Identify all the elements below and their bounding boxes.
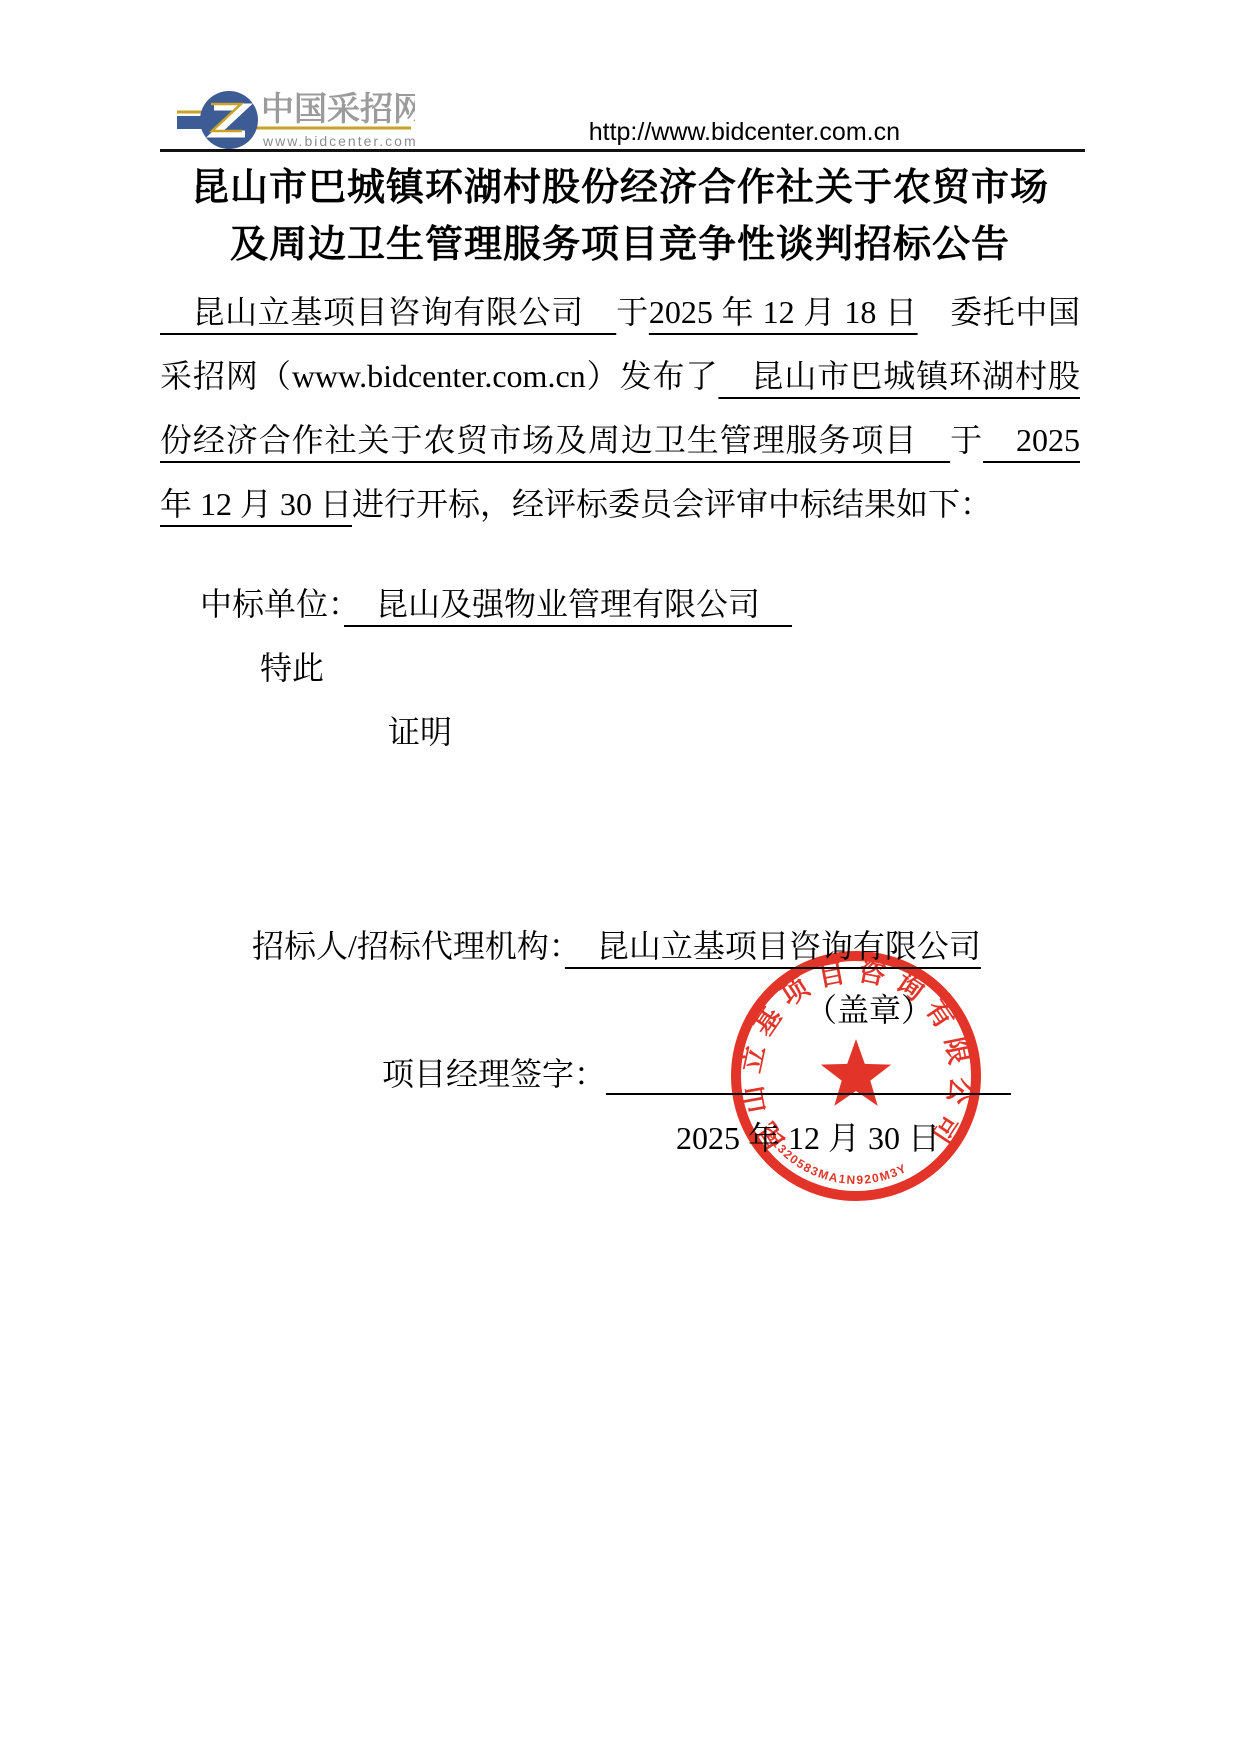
page-header: 中国采招网 www.bidcenter.com.cn http://www.bi… <box>160 70 1085 152</box>
signature-block: 招标人/招标代理机构： 昆山立基项目咨询有限公司 （盖章） 项目经理签字： 20… <box>160 914 1080 1170</box>
document-title-line2: 及周边卫生管理服务项目竞争性谈判招标公告 <box>160 217 1080 274</box>
manager-signature-blank-line <box>606 1093 1011 1095</box>
winner-value-underlined: 昆山及强物业管理有限公司 <box>344 586 792 622</box>
p1-text-tail: 进行开标，经评标委员会评审中标结果如下： <box>352 486 992 522</box>
signature-agency-label: 招标人/招标代理机构： <box>252 928 565 964</box>
document-title-line1: 昆山市巴城镇环湖村股份经济合作社关于农贸市场 <box>160 160 1080 217</box>
logo-url-text: www.bidcenter.com.cn <box>262 133 415 149</box>
signature-date: 2025 年 12 月 30 日 <box>160 1106 1080 1170</box>
manager-sign-label: 项目经理签字： <box>382 1056 606 1092</box>
hereby-line: 特此 <box>160 636 1080 700</box>
winner-line: 中标单位： 昆山及强物业管理有限公司 <box>160 572 1080 636</box>
signature-agency-value-underlined: 昆山立基项目咨询有限公司 <box>565 928 981 964</box>
bidcenter-logo: 中国采招网 www.bidcenter.com.cn <box>165 68 415 155</box>
bidcenter-logo-icon: 中国采招网 www.bidcenter.com.cn <box>165 68 415 150</box>
certify-line: 证明 <box>160 700 1080 764</box>
seal-note-line: （盖章） <box>160 978 1080 1042</box>
p1-text-yu1: 于 <box>616 294 649 330</box>
announcement-paragraph: 昆山立基项目咨询有限公司 于2025 年 12 月 18 日 委托中国采招网（w… <box>160 280 1080 536</box>
publish-date-underlined: 2025 年 12 月 18 日 <box>649 294 918 330</box>
site-url: http://www.bidcenter.com.cn <box>589 118 900 147</box>
winner-label: 中标单位： <box>200 586 344 622</box>
p1-text-yu2: 于 <box>950 422 983 458</box>
signature-agency-line: 招标人/招标代理机构： 昆山立基项目咨询有限公司 <box>160 914 1080 978</box>
manager-sign-line: 项目经理签字： <box>160 1042 1080 1106</box>
logo-name-text: 中国采招网 <box>261 90 415 127</box>
agent-company-underlined: 昆山立基项目咨询有限公司 <box>160 294 616 330</box>
document-title: 昆山市巴城镇环湖村股份经济合作社关于农贸市场 及周边卫生管理服务项目竞争性谈判招… <box>160 160 1080 274</box>
